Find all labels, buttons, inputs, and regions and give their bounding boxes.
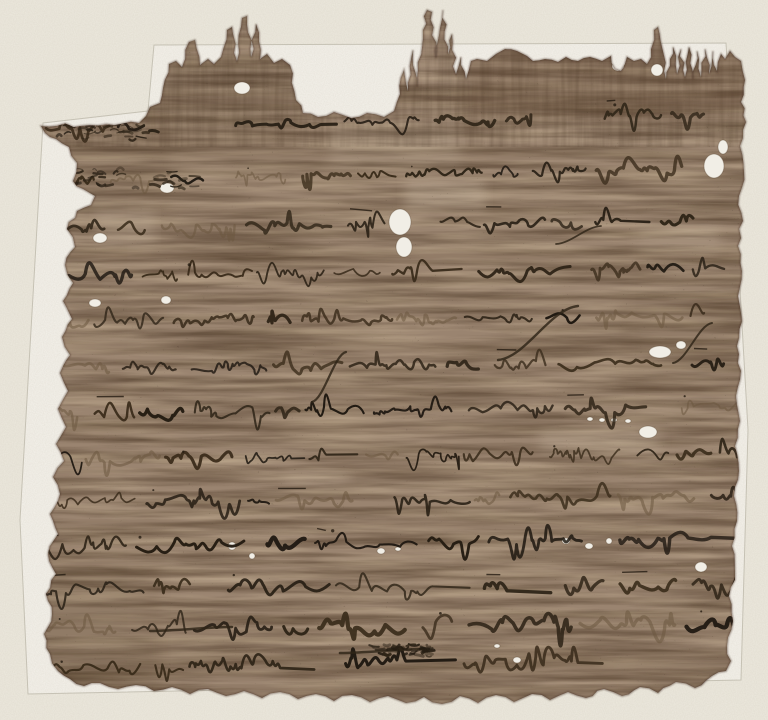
papyrus-scene [0, 0, 768, 720]
papyrus-fragment-photo [0, 0, 768, 720]
